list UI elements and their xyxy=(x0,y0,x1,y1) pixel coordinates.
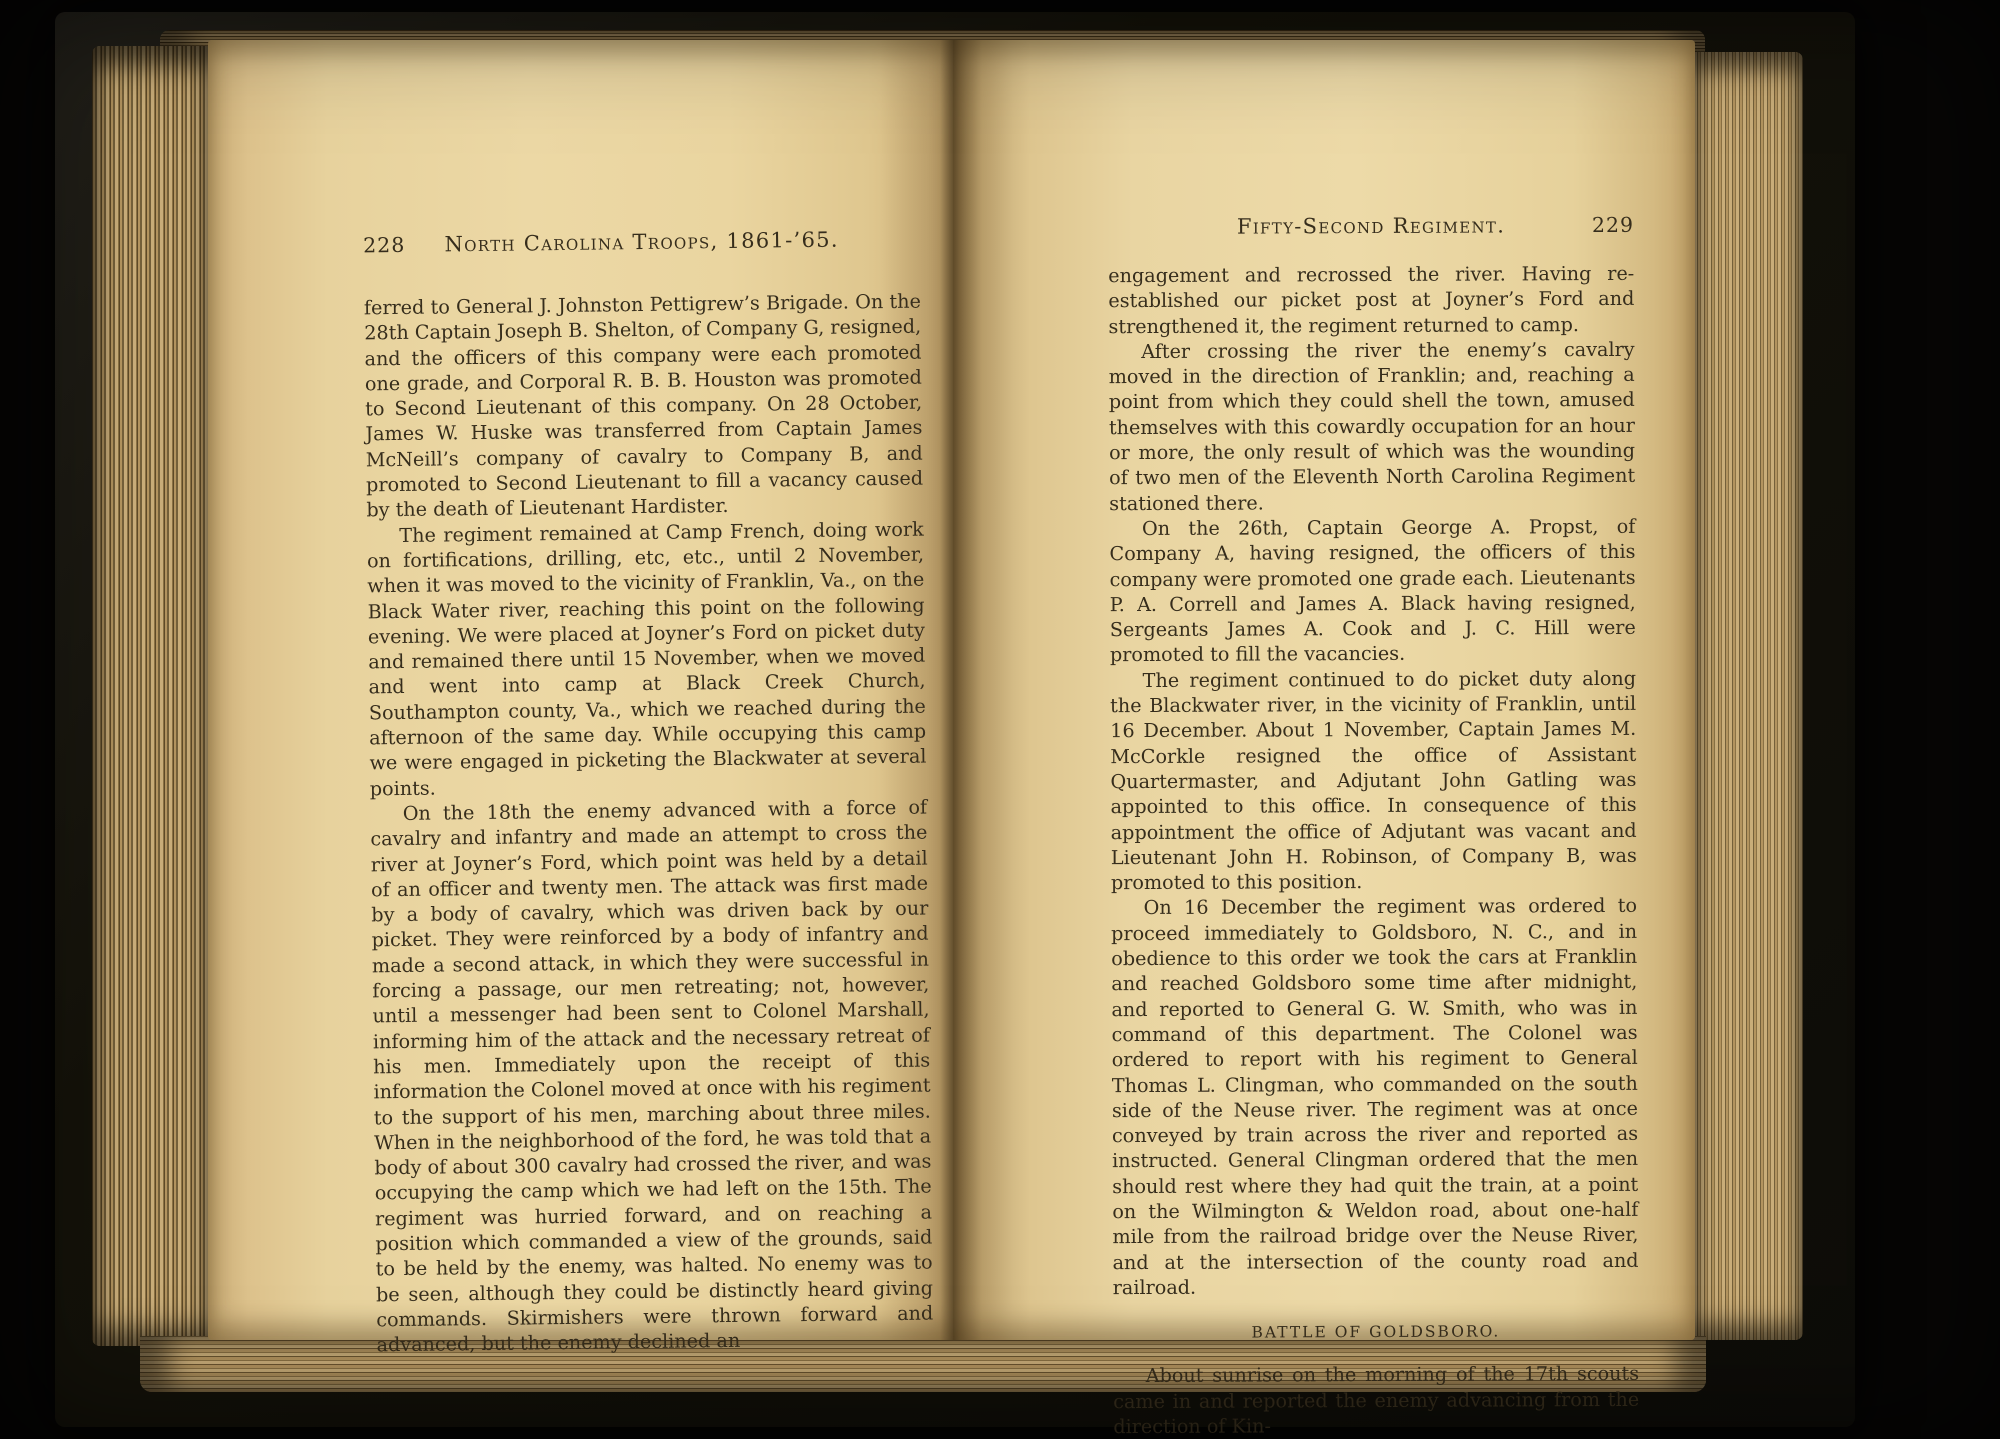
right-page-body: engagement and recrossed the river. Havi… xyxy=(1108,261,1639,1439)
right-page-header: Fifty-Second Regiment. 229 xyxy=(1108,213,1634,242)
right-running-title: Fifty-Second Regiment. xyxy=(1108,213,1634,239)
paragraph: On 16 December the regiment was ordered … xyxy=(1111,893,1639,1300)
paragraph: ferred to General J. Johnston Pettigrew’… xyxy=(364,289,924,523)
paragraph: After crossing the river the enemy’s cav… xyxy=(1109,337,1636,516)
page-edges-right xyxy=(1693,52,1803,1340)
page-edges-left xyxy=(92,46,212,1346)
left-page-header: 228 North Carolina Troops, 1861-’65. xyxy=(363,227,920,261)
paragraph: The regiment remained at Camp French, do… xyxy=(367,516,927,801)
paragraph: On the 26th, Captain George A. Propst, o… xyxy=(1109,514,1636,668)
left-page-content: 228 North Carolina Troops, 1861-’65. fer… xyxy=(363,227,934,1358)
paragraph: The regiment continued to do picket duty… xyxy=(1110,666,1637,896)
section-heading: BATTLE OF GOLDSBORO. xyxy=(1113,1319,1639,1347)
paragraph: On the 18th the enemy advanced with a fo… xyxy=(370,794,934,1357)
right-page-content: Fifty-Second Regiment. 229 engagement an… xyxy=(1108,213,1639,1439)
left-page-body: ferred to General J. Johnston Pettigrew’… xyxy=(364,289,934,1358)
left-page-number: 228 xyxy=(363,233,405,258)
right-page-number: 229 xyxy=(1592,213,1634,237)
paragraph: About sunrise on the morning of the 17th… xyxy=(1113,1361,1639,1439)
paragraph: engagement and recrossed the river. Havi… xyxy=(1108,261,1634,339)
